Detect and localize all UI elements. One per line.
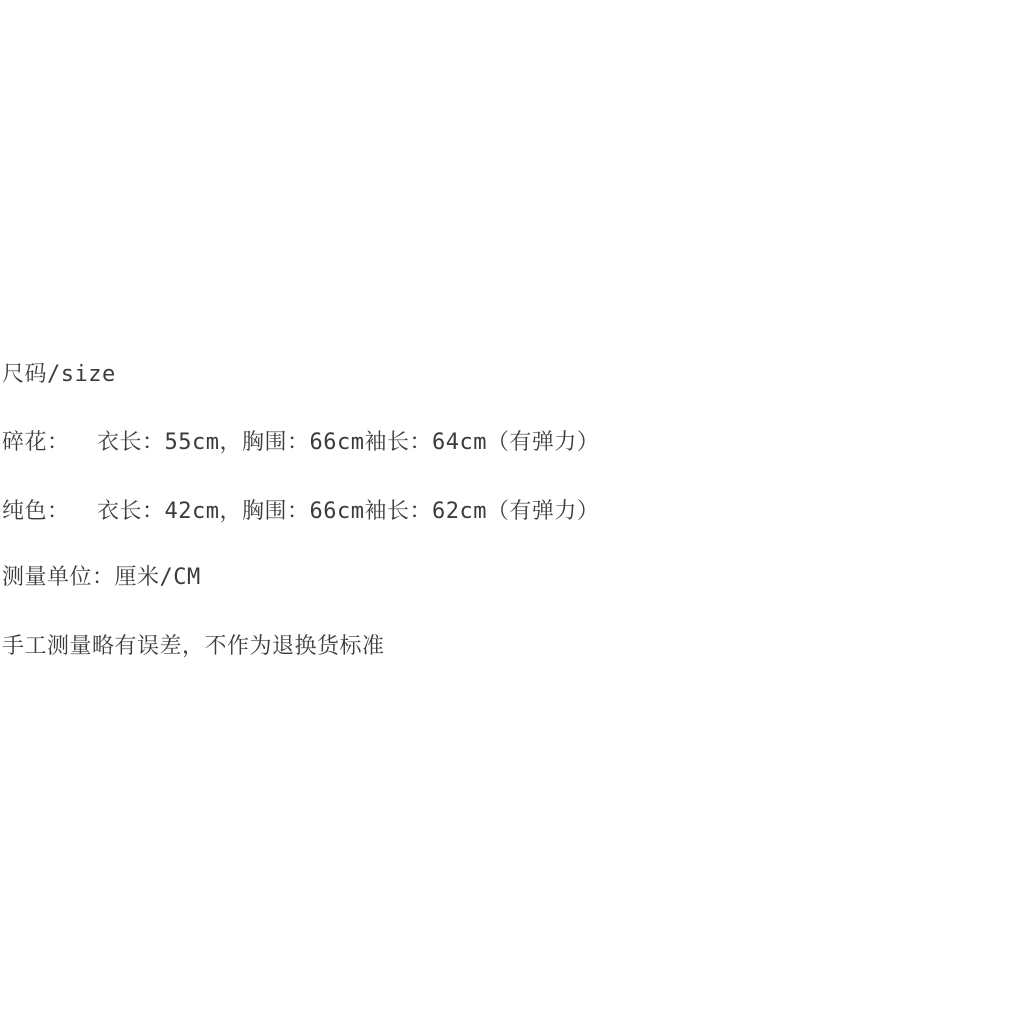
size-section-title: 尺码/size (2, 364, 116, 386)
variant-floral-measurements: 碎花： 衣长：55cm，胸围：66cm袖长：64cm（有弹力） (2, 432, 599, 454)
size-description-page: 尺码/size 碎花： 衣长：55cm，胸围：66cm袖长：64cm（有弹力） … (0, 0, 1024, 1024)
measurement-disclaimer: 手工测量略有误差，不作为退换货标准 (2, 636, 385, 658)
measurement-unit-note: 测量单位：厘米/CM (2, 567, 201, 589)
variant-solid-measurements: 纯色： 衣长：42cm，胸围：66cm袖长：62cm（有弹力） (2, 501, 599, 523)
